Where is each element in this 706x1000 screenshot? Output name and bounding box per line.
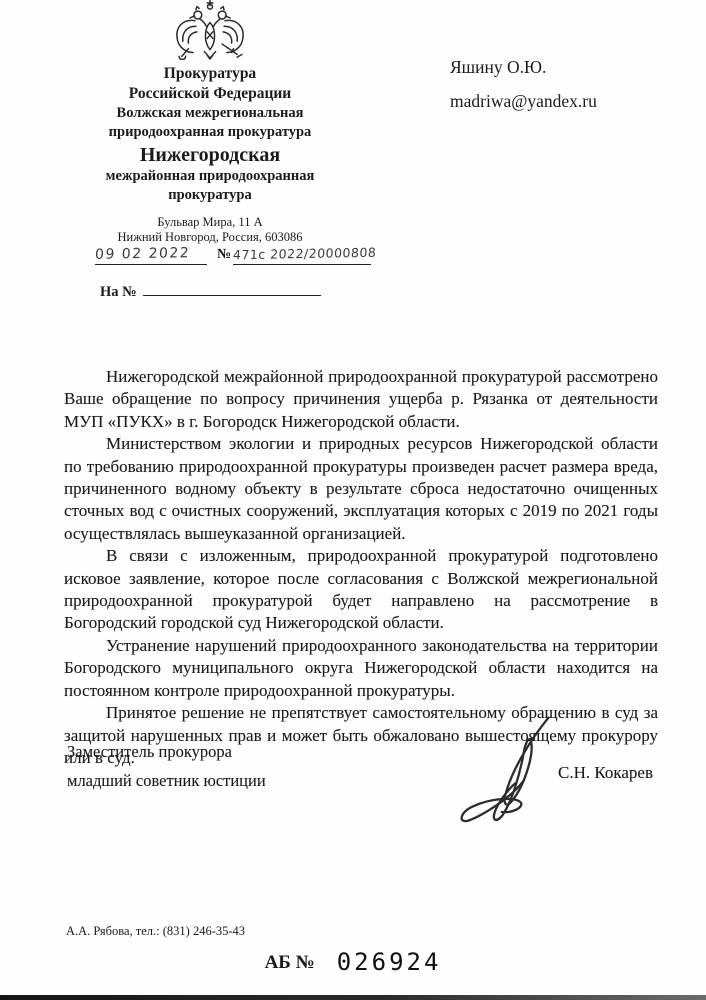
form-series-label: АБ № bbox=[265, 952, 315, 973]
address-line: Нижний Новгород, Россия, 603086 bbox=[85, 230, 335, 245]
letterhead: Прокуратура Российской Федерации Волжска… bbox=[85, 0, 335, 245]
signer-title-block: Заместитель прокурора младший советник ю… bbox=[67, 737, 266, 795]
org-name-line: Прокуратура bbox=[85, 64, 335, 84]
handwritten-number: 471с 2022/20000808 bbox=[233, 245, 377, 263]
body-paragraph: Нижегородской межрайонной природоохранно… bbox=[64, 366, 658, 433]
org-name-line: межрайонная природоохранная bbox=[85, 167, 335, 186]
outgoing-number-field: 471с 2022/20000808 bbox=[233, 246, 371, 265]
body-paragraph: В связи с изложенным, природоохранной пр… bbox=[64, 545, 658, 635]
date-number-line: 09 02 2022№471с 2022/20000808 bbox=[95, 246, 375, 270]
address-line: Бульвар Мира, 11 А bbox=[85, 215, 335, 230]
executor-contact: А.А. Рябова, тел.: (831) 246-35-43 bbox=[66, 924, 245, 939]
org-name-line: Российской Федерации bbox=[85, 84, 335, 104]
letter-body: Нижегородской межрайонной природоохранно… bbox=[64, 366, 658, 769]
number-sign-label: № bbox=[217, 247, 231, 262]
org-name-line: Волжская межрегиональная bbox=[85, 104, 335, 123]
recipient-email: madriwa@yandex.ru bbox=[450, 84, 597, 118]
form-number-block: АБ № 026924 bbox=[0, 948, 706, 976]
org-address: Бульвар Мира, 11 А Нижний Новгород, Росс… bbox=[85, 215, 335, 245]
org-name-line: прокуратура bbox=[85, 186, 335, 205]
incoming-ref-blank bbox=[143, 282, 321, 296]
body-paragraph: Устранение нарушений природоохранного за… bbox=[64, 635, 658, 702]
date-field: 09 02 2022 bbox=[95, 246, 207, 265]
incoming-ref-label: На № bbox=[100, 284, 137, 300]
handwritten-date: 09 02 2022 bbox=[95, 245, 191, 263]
signer-name: С.Н. Кокарев bbox=[558, 763, 653, 783]
recipient-name: Яшину О.Ю. bbox=[450, 50, 597, 84]
coat-of-arms-eagle-icon bbox=[167, 0, 253, 60]
incoming-ref-line: На № bbox=[100, 282, 321, 301]
signer-position-line: Заместитель прокурора bbox=[67, 737, 266, 766]
scan-edge-artifact bbox=[0, 995, 706, 1000]
org-name-line: природоохранная прокуратура bbox=[85, 123, 335, 142]
org-name-emphasis: Нижегородская bbox=[85, 143, 335, 167]
signer-position-line: младший советник юстиции bbox=[67, 766, 266, 795]
scanned-letter-page: Прокуратура Российской Федерации Волжска… bbox=[0, 0, 706, 1000]
signature-autograph-icon bbox=[455, 712, 560, 830]
recipient-block: Яшину О.Ю. madriwa@yandex.ru bbox=[450, 50, 597, 118]
body-paragraph: Министерством экологии и природных ресур… bbox=[64, 433, 658, 545]
form-number-digits: 026924 bbox=[337, 948, 442, 976]
